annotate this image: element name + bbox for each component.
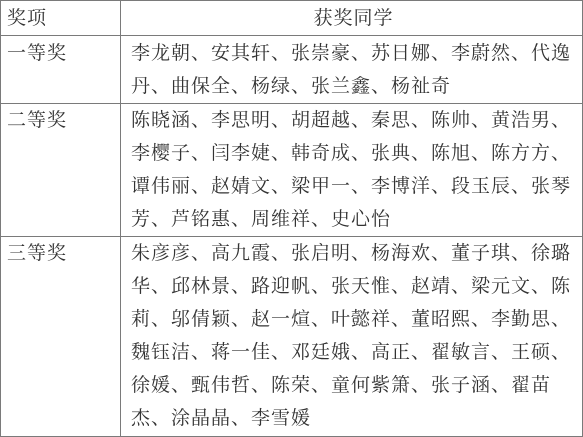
table-row-third-prize: 三等奖 朱彦彦、高九霞、张启明、杨海欢、董子琪、徐璐华、邱林景、路迎帆、张天惟、… (1, 237, 583, 437)
awards-table: 奖项 获奖同学 一等奖 李龙朝、安其轩、张崇豪、苏日娜、李蔚然、代逸丹、曲保全、… (0, 0, 583, 437)
award-label: 二等奖 (1, 104, 121, 237)
header-award: 奖项 (1, 1, 121, 36)
header-row: 奖项 获奖同学 (1, 1, 583, 36)
students-list: 李龙朝、安其轩、张崇豪、苏日娜、李蔚然、代逸丹、曲保全、杨绿、张兰鑫、杨祉奇 (121, 36, 583, 104)
students-list: 朱彦彦、高九霞、张启明、杨海欢、董子琪、徐璐华、邱林景、路迎帆、张天惟、赵靖、梁… (121, 237, 583, 437)
students-list: 陈晓涵、李思明、胡超越、秦思、陈帅、黄浩男、李樱子、闫李婕、韩奇成、张典、陈旭、… (121, 104, 583, 237)
award-label: 一等奖 (1, 36, 121, 104)
table-row-second-prize: 二等奖 陈晓涵、李思明、胡超越、秦思、陈帅、黄浩男、李樱子、闫李婕、韩奇成、张典… (1, 104, 583, 237)
table-row-first-prize: 一等奖 李龙朝、安其轩、张崇豪、苏日娜、李蔚然、代逸丹、曲保全、杨绿、张兰鑫、杨… (1, 36, 583, 104)
award-label: 三等奖 (1, 237, 121, 437)
header-students: 获奖同学 (121, 1, 583, 36)
